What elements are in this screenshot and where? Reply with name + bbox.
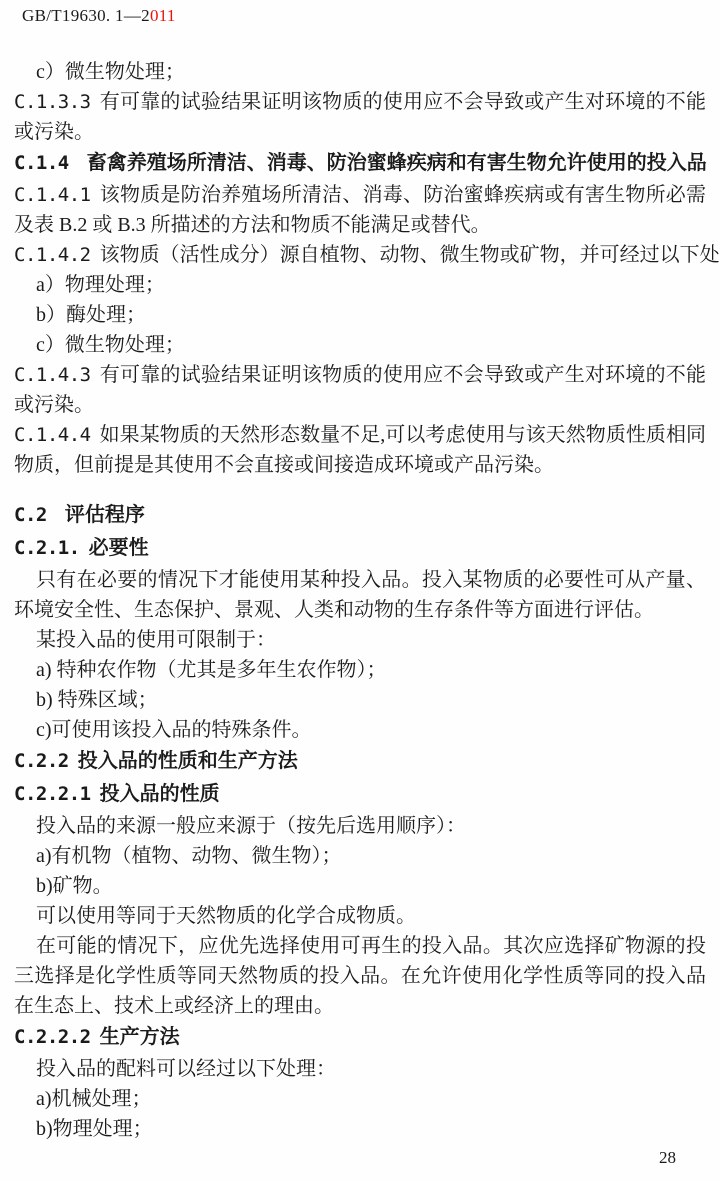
line-text: 可以使用等同于天然物质的化学合成物质。 xyxy=(36,905,416,927)
list-item: c)可使用该投入品的特殊条件。 xyxy=(14,715,706,745)
line-text: b) 特殊区域； xyxy=(36,689,158,711)
clause-number: C.2.2.1 xyxy=(14,783,91,805)
list-item: a) 特种农作物（尤其是多年生农作物）； xyxy=(14,655,706,685)
line-text: c)可使用该投入品的特殊条件。 xyxy=(36,719,312,741)
line-text: a) 特种农作物（尤其是多年生农作物）； xyxy=(36,659,387,681)
paragraph-continuation-line: 物质，但前提是其使用不会直接或间接造成环境或产品污染。 xyxy=(14,450,706,480)
paragraph-continuation-line: 及表 B.2 或 B.3 所描述的方法和物质不能满足或替代。 xyxy=(14,210,706,240)
section-heading: C.2评估程序 xyxy=(14,499,706,532)
section-heading: C.2.1.必要性 xyxy=(14,532,706,565)
line-text: b)物理处理； xyxy=(36,1118,153,1140)
line-text: 投入品的来源一般应来源于（按先后选用顺序）： xyxy=(36,815,466,837)
clause-number: C.1.4 xyxy=(14,152,69,174)
list-item: c）微生物处理； xyxy=(14,57,706,87)
clause-number: C.2 xyxy=(14,504,47,526)
line-text: 如果某物质的天然形态数量不足,可以考虑使用与该天然物质性质相同的化学合成 xyxy=(14,424,706,450)
clause-number: C.1.4.1 xyxy=(14,184,91,206)
clause-number: C.1.3.3 xyxy=(14,91,91,113)
document-body: c）微生物处理；C.1.3.3有可靠的试验结果证明该物质的使用应不会导致或产生对… xyxy=(14,57,706,1144)
paragraph-line: 可以使用等同于天然物质的化学合成物质。 xyxy=(14,901,706,931)
line-text: 投入品的性质 xyxy=(100,783,220,805)
list-item: b)物理处理； xyxy=(14,1114,706,1144)
clause-number: C.2.2 xyxy=(14,750,69,772)
line-text: 或污染。 xyxy=(14,121,94,143)
list-item: b) 特殊区域； xyxy=(14,685,706,715)
line-text: 物质，但前提是其使用不会直接或间接造成环境或产品污染。 xyxy=(14,454,554,476)
running-header-standard-code: GB/T19630. 1—2011 xyxy=(22,6,176,26)
line-text: 必要性 xyxy=(89,537,149,559)
line-text: 该物质是防治养殖场所清洁、消毒、防治蜜蜂疾病或有害生物所必需的，而本部分 xyxy=(14,184,706,210)
paragraph-line: 某投入品的使用可限制于： xyxy=(14,625,706,655)
line-text: a）物理处理； xyxy=(36,274,165,296)
clause-number: C.1.4.2 xyxy=(14,244,91,266)
list-item: a)有机物（植物、动物、微生物）； xyxy=(14,841,706,871)
line-text: 及表 B.2 或 B.3 所描述的方法和物质不能满足或替代。 xyxy=(14,214,491,236)
line-text: 有可靠的试验结果证明该物质的使用应不会导致或产生对环境的不能接受的影响 xyxy=(14,91,706,117)
line-text: b）酶处理； xyxy=(36,304,146,326)
paragraph-line: 投入品的来源一般应来源于（按先后选用顺序）： xyxy=(14,811,706,841)
line-text: c）微生物处理； xyxy=(36,61,185,83)
line-text: a)有机物（植物、动物、微生物）； xyxy=(36,845,342,867)
page-number: 28 xyxy=(659,1148,676,1168)
paragraph-continuation-line: 环境安全性、生态保护、景观、人类和动物的生存条件等方面进行评估。 xyxy=(14,595,706,625)
line-text: b)矿物。 xyxy=(36,875,113,897)
line-text: 投入品的配料可以经过以下处理： xyxy=(36,1058,336,1080)
list-item: b）酶处理； xyxy=(14,300,706,330)
paragraph-line: 只有在必要的情况下才能使用某种投入品。投入某物质的必要性可从产量、产品质量、 xyxy=(14,565,706,595)
line-text: 畜禽养殖场所清洁、消毒、防治蜜蜂疾病和有害生物允许使用的投入品 xyxy=(87,152,707,174)
paragraph-continuation-line: 或污染。 xyxy=(14,117,706,147)
line-text: a)机械处理； xyxy=(36,1088,152,1110)
clause-paragraph-line: C.1.4.4如果某物质的天然形态数量不足,可以考虑使用与该天然物质性质相同的化… xyxy=(14,420,706,450)
line-text: 生产方法 xyxy=(100,1026,180,1048)
line-text: c）微生物处理； xyxy=(36,334,185,356)
clause-number: C.1.4.3 xyxy=(14,364,91,386)
line-text: 在生态上、技术上或经济上的理由。 xyxy=(14,995,334,1017)
line-text: 或污染。 xyxy=(14,394,94,416)
list-item: a）物理处理； xyxy=(14,270,706,300)
clause-paragraph-line: C.1.3.3有可靠的试验结果证明该物质的使用应不会导致或产生对环境的不能接受的… xyxy=(14,87,706,117)
line-text: 在可能的情况下，应优先选择使用可再生的投入品。其次应选择矿物源的投入品，而第 xyxy=(36,935,706,961)
paragraph-continuation-line: 在生态上、技术上或经济上的理由。 xyxy=(14,991,706,1021)
standard-code-black: GB/T19630. 1—2 xyxy=(22,6,150,25)
section-heading: C.2.2投入品的性质和生产方法 xyxy=(14,745,706,778)
paragraph-line: 投入品的配料可以经过以下处理： xyxy=(14,1054,706,1084)
document-page: GB/T19630. 1—2011 c）微生物处理；C.1.3.3有可靠的试验结… xyxy=(0,0,720,1181)
section-heading: C.2.2.2生产方法 xyxy=(14,1021,706,1054)
paragraph-continuation-line: 或污染。 xyxy=(14,390,706,420)
clause-paragraph-line: C.1.4.2该物质（活性成分）源自植物、动物、微生物或矿物，并可经过以下处理： xyxy=(14,240,706,270)
line-text: 只有在必要的情况下才能使用某种投入品。投入某物质的必要性可从产量、产品质量、 xyxy=(36,569,706,595)
paragraph-line: 在可能的情况下，应优先选择使用可再生的投入品。其次应选择矿物源的投入品，而第 xyxy=(14,931,706,961)
line-text: 评估程序 xyxy=(65,504,145,526)
clause-number: C.1.4.4 xyxy=(14,424,91,446)
line-text: 投入品的性质和生产方法 xyxy=(78,750,298,772)
clause-paragraph-line: C.1.4.3有可靠的试验结果证明该物质的使用应不会导致或产生对环境的不能接受的… xyxy=(14,360,706,390)
section-heading: C.2.2.1投入品的性质 xyxy=(14,778,706,811)
clause-paragraph-line: C.1.4.1该物质是防治养殖场所清洁、消毒、防治蜜蜂疾病或有害生物所必需的，而… xyxy=(14,180,706,210)
section-heading: C.1.4畜禽养殖场所清洁、消毒、防治蜜蜂疾病和有害生物允许使用的投入品 xyxy=(14,147,706,180)
line-text: 有可靠的试验结果证明该物质的使用应不会导致或产生对环境的不能接受的影响 xyxy=(14,364,706,390)
clause-number: C.2.1. xyxy=(14,537,80,559)
standard-code-red: 011 xyxy=(150,6,176,25)
clause-number: C.2.2.2 xyxy=(14,1026,91,1048)
line-text: 该物质（活性成分）源自植物、动物、微生物或矿物，并可经过以下处理： xyxy=(100,244,720,266)
list-item: a)机械处理； xyxy=(14,1084,706,1114)
list-item: b)矿物。 xyxy=(14,871,706,901)
line-text: 某投入品的使用可限制于： xyxy=(36,629,276,651)
list-item: c）微生物处理； xyxy=(14,330,706,360)
line-text: 环境安全性、生态保护、景观、人类和动物的生存条件等方面进行评估。 xyxy=(14,599,654,621)
paragraph-continuation-line: 三选择是化学性质等同天然物质的投入品。在允许使用化学性质等同的投入品时需要考虑其 xyxy=(14,961,706,991)
line-text: 三选择是化学性质等同天然物质的投入品。在允许使用化学性质等同的投入品时需要考虑其 xyxy=(14,965,706,991)
